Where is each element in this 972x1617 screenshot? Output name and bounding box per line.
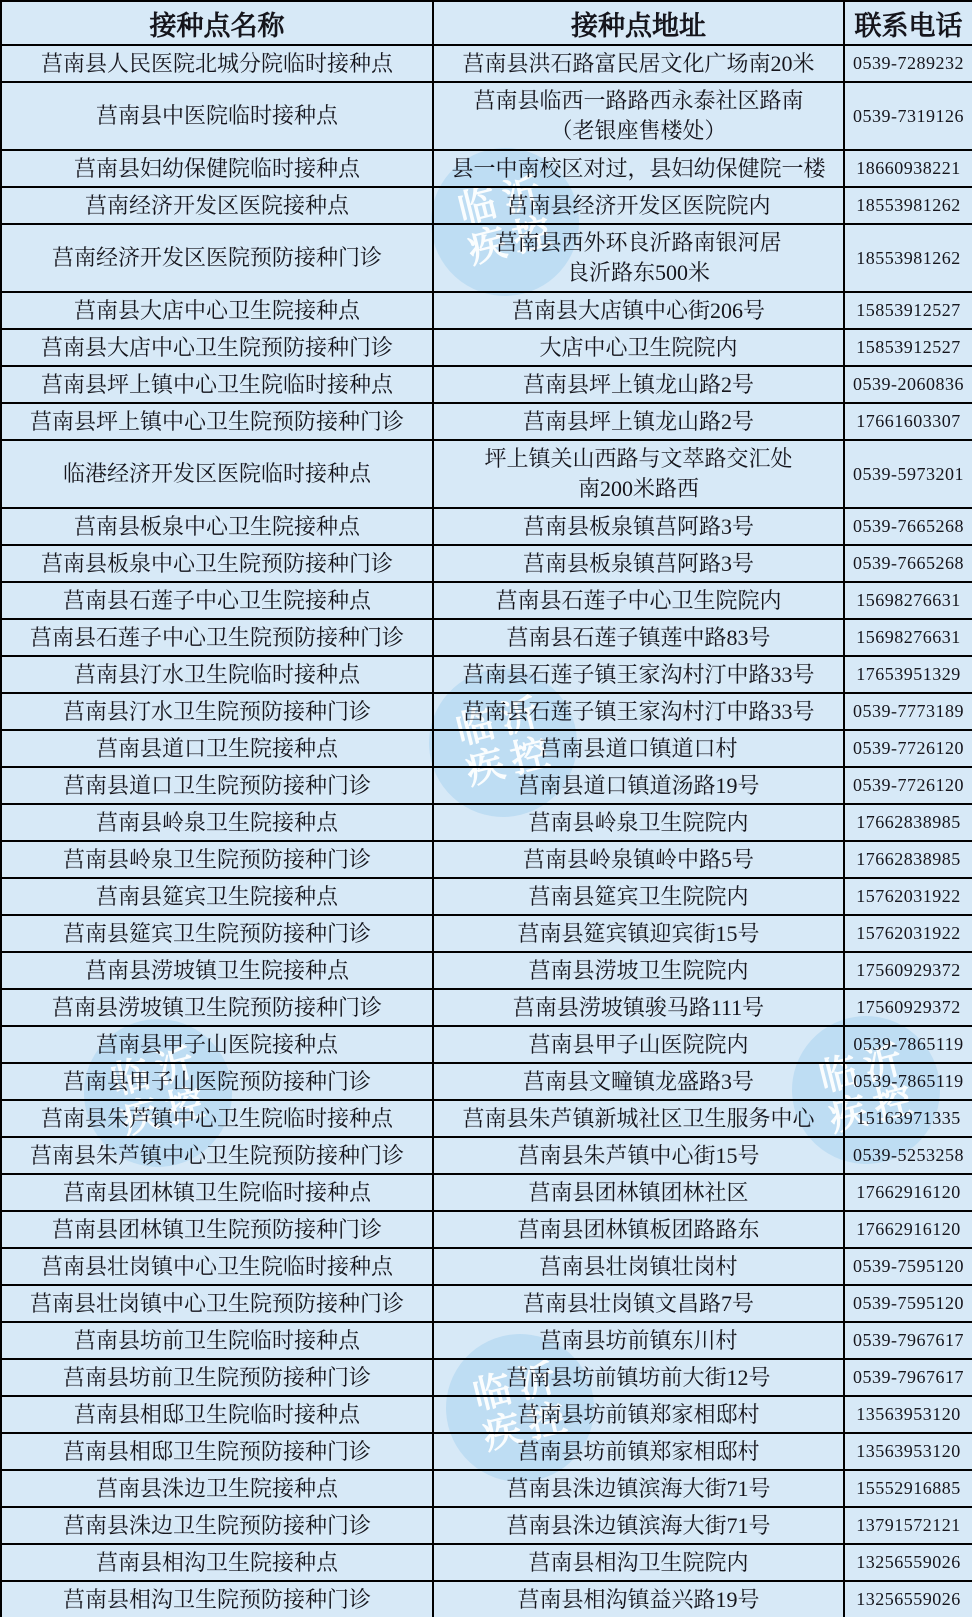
address-line: 良沂路东500米 [438,258,839,288]
site-address-cell: 莒南县板泉镇莒阿路3号 [433,508,844,545]
table-body: 莒南县人民医院北城分院临时接种点莒南县洪石路富民居文化广场南20米0539-72… [1,45,972,1617]
table-row: 莒南县坪上镇中心卫生院临时接种点莒南县坪上镇龙山路2号0539-2060836 [1,366,972,403]
site-address-cell: 莒南县甲子山医院院内 [433,1026,844,1063]
site-address-cell: 莒南县临西一路路西永泰社区路南（老银座售楼处） [433,82,844,150]
site-name-cell: 莒南经济开发区医院预防接种门诊 [1,224,433,292]
phone-cell: 15698276631 [844,582,972,619]
site-address-cell: 莒南县石莲子镇王家沟村汀中路33号 [433,656,844,693]
site-address-cell: 莒南县坪上镇龙山路2号 [433,403,844,440]
address-line: 莒南县筵宾镇迎宾街15号 [438,919,839,949]
address-line: 莒南县坪上镇龙山路2号 [438,407,839,437]
site-address-cell: 莒南县相沟镇益兴路19号 [433,1581,844,1617]
address-line: 莒南县朱芦镇新城社区卫生服务中心 [438,1104,839,1134]
site-name-cell: 莒南县涝坡镇卫生院接种点 [1,952,433,989]
address-line: 莒南县相沟镇益兴路19号 [438,1585,839,1615]
site-address-cell: 莒南县壮岗镇文昌路7号 [433,1285,844,1322]
address-line: 莒南县壮岗镇壮岗村 [438,1252,839,1282]
vaccination-sites-table: 接种点名称接种点地址联系电话 莒南县人民医院北城分院临时接种点莒南县洪石路富民居… [0,0,972,1617]
phone-cell: 15853912527 [844,329,972,366]
address-line: 县一中南校区对过，县妇幼保健院一楼 [438,154,839,184]
address-line: 莒南县坊前镇郑家相邸村 [438,1400,839,1430]
phone-cell: 0539-7967617 [844,1359,972,1396]
phone-cell: 0539-7726120 [844,730,972,767]
site-name-cell: 莒南县朱芦镇中心卫生院预防接种门诊 [1,1137,433,1174]
site-name-cell: 莒南县大店中心卫生院预防接种门诊 [1,329,433,366]
site-address-cell: 莒南县坊前镇东川村 [433,1322,844,1359]
site-name-cell: 莒南县壮岗镇中心卫生院临时接种点 [1,1248,433,1285]
site-address-cell: 莒南县朱芦镇中心街15号 [433,1137,844,1174]
phone-cell: 0539-7967617 [844,1322,972,1359]
column-header-address: 接种点地址 [433,1,844,45]
phone-cell: 13563953120 [844,1396,972,1433]
site-name-cell: 临港经济开发区医院临时接种点 [1,440,433,508]
site-address-cell: 莒南县坊前镇郑家相邸村 [433,1433,844,1470]
site-name-cell: 莒南县板泉中心卫生院接种点 [1,508,433,545]
site-name-cell: 莒南县甲子山医院接种点 [1,1026,433,1063]
site-name-cell: 莒南县坪上镇中心卫生院临时接种点 [1,366,433,403]
phone-cell: 15762031922 [844,915,972,952]
address-line: 莒南县朱芦镇中心街15号 [438,1141,839,1171]
column-header-phone: 联系电话 [844,1,972,45]
site-address-cell: 莒南县筵宾卫生院院内 [433,878,844,915]
phone-cell: 17662916120 [844,1174,972,1211]
phone-cell: 13256559026 [844,1581,972,1617]
site-address-cell: 莒南县壮岗镇壮岗村 [433,1248,844,1285]
site-address-cell: 莒南县文疃镇龙盛路3号 [433,1063,844,1100]
site-address-cell: 坪上镇关山西路与文萃路交汇处南200米路西 [433,440,844,508]
site-address-cell: 莒南县岭泉卫生院院内 [433,804,844,841]
phone-cell: 13256559026 [844,1544,972,1581]
table-row: 莒南县大店中心卫生院预防接种门诊大店中心卫生院院内15853912527 [1,329,972,366]
table-row: 莒南县壮岗镇中心卫生院临时接种点莒南县壮岗镇壮岗村0539-7595120 [1,1248,972,1285]
site-address-cell: 莒南县道口镇道口村 [433,730,844,767]
address-line: 莒南县道口镇道口村 [438,734,839,764]
address-line: 莒南县涝坡卫生院院内 [438,956,839,986]
phone-cell: 0539-2060836 [844,366,972,403]
header-row: 接种点名称接种点地址联系电话 [1,1,972,45]
phone-cell: 0539-5253258 [844,1137,972,1174]
phone-cell: 15163971335 [844,1100,972,1137]
site-name-cell: 莒南经济开发区医院接种点 [1,187,433,224]
site-address-cell: 莒南县石莲子镇莲中路83号 [433,619,844,656]
table-row: 莒南县甲子山医院接种点莒南县甲子山医院院内0539-7865119 [1,1026,972,1063]
address-line: 莒南县相沟卫生院院内 [438,1548,839,1578]
address-line: 莒南县板泉镇莒阿路3号 [438,549,839,579]
site-address-cell: 莒南县涝坡卫生院院内 [433,952,844,989]
site-name-cell: 莒南县坪上镇中心卫生院预防接种门诊 [1,403,433,440]
address-line: 莒南县石莲子中心卫生院院内 [438,586,839,616]
site-name-cell: 莒南县筵宾卫生院预防接种门诊 [1,915,433,952]
phone-cell: 18553981262 [844,187,972,224]
table-row: 莒南县坊前卫生院临时接种点莒南县坊前镇东川村0539-7967617 [1,1322,972,1359]
site-address-cell: 莒南县道口镇道汤路19号 [433,767,844,804]
site-name-cell: 莒南县中医院临时接种点 [1,82,433,150]
address-line: 莒南县甲子山医院院内 [438,1030,839,1060]
site-address-cell: 莒南县团林镇板团路路东 [433,1211,844,1248]
site-name-cell: 莒南县相沟卫生院预防接种门诊 [1,1581,433,1617]
address-line: 莒南县壮岗镇文昌路7号 [438,1289,839,1319]
site-address-cell: 莒南县筵宾镇迎宾街15号 [433,915,844,952]
site-name-cell: 莒南县道口卫生院预防接种门诊 [1,767,433,804]
site-name-cell: 莒南县汀水卫生院预防接种门诊 [1,693,433,730]
table-row: 莒南县团林镇卫生院临时接种点莒南县团林镇团林社区17662916120 [1,1174,972,1211]
site-name-cell: 莒南县板泉中心卫生院预防接种门诊 [1,545,433,582]
phone-cell: 15762031922 [844,878,972,915]
phone-cell: 17662916120 [844,1211,972,1248]
table-row: 莒南县相沟卫生院接种点莒南县相沟卫生院院内13256559026 [1,1544,972,1581]
phone-cell: 0539-7773189 [844,693,972,730]
address-line: 莒南县坊前镇坊前大街12号 [438,1363,839,1393]
address-line: （老银座售楼处） [438,116,839,146]
address-line: 莒南县洙边镇滨海大街71号 [438,1474,839,1504]
table-row: 莒南县朱芦镇中心卫生院临时接种点莒南县朱芦镇新城社区卫生服务中心15163971… [1,1100,972,1137]
phone-cell: 15698276631 [844,619,972,656]
address-line: 莒南县坊前镇东川村 [438,1326,839,1356]
table-row: 莒南县中医院临时接种点莒南县临西一路路西永泰社区路南（老银座售楼处）0539-7… [1,82,972,150]
table-row: 莒南经济开发区医院预防接种门诊莒南县西外环良沂路南银河居良沂路东500米1855… [1,224,972,292]
site-name-cell: 莒南县石莲子中心卫生院预防接种门诊 [1,619,433,656]
site-name-cell: 莒南县道口卫生院接种点 [1,730,433,767]
phone-cell: 0539-5973201 [844,440,972,508]
phone-cell: 13563953120 [844,1433,972,1470]
site-name-cell: 莒南县相邸卫生院临时接种点 [1,1396,433,1433]
table-row: 莒南县相邸卫生院临时接种点莒南县坊前镇郑家相邸村13563953120 [1,1396,972,1433]
site-address-cell: 莒南县洙边镇滨海大街71号 [433,1470,844,1507]
phone-cell: 0539-7595120 [844,1285,972,1322]
table-row: 莒南县人民医院北城分院临时接种点莒南县洪石路富民居文化广场南20米0539-72… [1,45,972,82]
phone-cell: 0539-7289232 [844,45,972,82]
site-name-cell: 莒南县洙边卫生院接种点 [1,1470,433,1507]
site-address-cell: 莒南县坊前镇坊前大街12号 [433,1359,844,1396]
site-address-cell: 莒南县板泉镇莒阿路3号 [433,545,844,582]
phone-cell: 15552916885 [844,1470,972,1507]
site-name-cell: 莒南县大店中心卫生院接种点 [1,292,433,329]
table-row: 莒南县洙边卫生院接种点莒南县洙边镇滨海大街71号15552916885 [1,1470,972,1507]
site-address-cell: 莒南县大店镇中心街206号 [433,292,844,329]
site-name-cell: 莒南县相邸卫生院预防接种门诊 [1,1433,433,1470]
phone-cell: 0539-7319126 [844,82,972,150]
table-row: 莒南县妇幼保健院临时接种点县一中南校区对过，县妇幼保健院一楼1866093822… [1,150,972,187]
site-name-cell: 莒南县壮岗镇中心卫生院预防接种门诊 [1,1285,433,1322]
site-address-cell: 莒南县洪石路富民居文化广场南20米 [433,45,844,82]
table-row: 莒南县相沟卫生院预防接种门诊莒南县相沟镇益兴路19号13256559026 [1,1581,972,1617]
table-row: 莒南县壮岗镇中心卫生院预防接种门诊莒南县壮岗镇文昌路7号0539-7595120 [1,1285,972,1322]
phone-cell: 17560929372 [844,952,972,989]
site-name-cell: 莒南县岭泉卫生院预防接种门诊 [1,841,433,878]
phone-cell: 17653951329 [844,656,972,693]
site-name-cell: 莒南县朱芦镇中心卫生院临时接种点 [1,1100,433,1137]
address-line: 莒南县洙边镇滨海大街71号 [438,1511,839,1541]
table-row: 莒南县朱芦镇中心卫生院预防接种门诊莒南县朱芦镇中心街15号0539-525325… [1,1137,972,1174]
table-row: 莒南县团林镇卫生院预防接种门诊莒南县团林镇板团路路东17662916120 [1,1211,972,1248]
phone-cell: 17662838985 [844,804,972,841]
table-row: 莒南县石莲子中心卫生院预防接种门诊莒南县石莲子镇莲中路83号1569827663… [1,619,972,656]
address-line: 莒南县石莲子镇王家沟村汀中路33号 [438,697,839,727]
site-name-cell: 莒南县坊前卫生院预防接种门诊 [1,1359,433,1396]
address-line: 莒南县道口镇道汤路19号 [438,771,839,801]
table-row: 莒南县岭泉卫生院接种点莒南县岭泉卫生院院内17662838985 [1,804,972,841]
site-address-cell: 莒南县石莲子中心卫生院院内 [433,582,844,619]
address-line: 大店中心卫生院院内 [438,333,839,363]
table-row: 莒南县汀水卫生院临时接种点莒南县石莲子镇王家沟村汀中路33号1765395132… [1,656,972,693]
address-line: 莒南县筵宾卫生院院内 [438,882,839,912]
address-line: 莒南县坪上镇龙山路2号 [438,370,839,400]
address-line: 莒南县大店镇中心街206号 [438,296,839,326]
site-name-cell: 莒南县涝坡镇卫生院预防接种门诊 [1,989,433,1026]
site-address-cell: 莒南县坊前镇郑家相邸村 [433,1396,844,1433]
address-line: 莒南县石莲子镇王家沟村汀中路33号 [438,660,839,690]
site-name-cell: 莒南县相沟卫生院接种点 [1,1544,433,1581]
site-address-cell: 莒南县西外环良沂路南银河居良沂路东500米 [433,224,844,292]
address-line: 莒南县团林镇团林社区 [438,1178,839,1208]
table-row: 莒南县涝坡镇卫生院接种点莒南县涝坡卫生院院内17560929372 [1,952,972,989]
site-address-cell: 莒南县经济开发区医院院内 [433,187,844,224]
site-address-cell: 莒南县涝坡镇骏马路111号 [433,989,844,1026]
site-address-cell: 莒南县朱芦镇新城社区卫生服务中心 [433,1100,844,1137]
phone-cell: 0539-7865119 [844,1026,972,1063]
phone-cell: 0539-7595120 [844,1248,972,1285]
site-name-cell: 莒南县妇幼保健院临时接种点 [1,150,433,187]
address-line: 莒南县岭泉镇岭中路5号 [438,845,839,875]
address-line: 莒南县岭泉卫生院院内 [438,808,839,838]
table-row: 莒南县甲子山医院预防接种门诊莒南县文疃镇龙盛路3号0539-7865119 [1,1063,972,1100]
table-row: 莒南县坪上镇中心卫生院预防接种门诊莒南县坪上镇龙山路2号17661603307 [1,403,972,440]
phone-cell: 17661603307 [844,403,972,440]
table-row: 莒南县相邸卫生院预防接种门诊莒南县坊前镇郑家相邸村13563953120 [1,1433,972,1470]
table-row: 莒南县岭泉卫生院预防接种门诊莒南县岭泉镇岭中路5号17662838985 [1,841,972,878]
address-line: 莒南县经济开发区医院院内 [438,191,839,221]
table-row: 莒南县汀水卫生院预防接种门诊莒南县石莲子镇王家沟村汀中路33号0539-7773… [1,693,972,730]
phone-cell: 15853912527 [844,292,972,329]
address-line: 坪上镇关山西路与文萃路交汇处 [438,444,839,474]
site-address-cell: 莒南县岭泉镇岭中路5号 [433,841,844,878]
address-line: 南200米路西 [438,474,839,504]
site-name-cell: 莒南县岭泉卫生院接种点 [1,804,433,841]
address-line: 莒南县板泉镇莒阿路3号 [438,512,839,542]
phone-cell: 17560929372 [844,989,972,1026]
address-line: 莒南县团林镇板团路路东 [438,1215,839,1245]
address-line: 莒南县临西一路路西永泰社区路南 [438,86,839,116]
table-row: 莒南县板泉中心卫生院接种点莒南县板泉镇莒阿路3号0539-7665268 [1,508,972,545]
site-name-cell: 莒南县人民医院北城分院临时接种点 [1,45,433,82]
address-line: 莒南县西外环良沂路南银河居 [438,228,839,258]
table-row: 莒南经济开发区医院接种点莒南县经济开发区医院院内18553981262 [1,187,972,224]
phone-cell: 0539-7665268 [844,545,972,582]
phone-cell: 0539-7726120 [844,767,972,804]
site-name-cell: 莒南县坊前卫生院临时接种点 [1,1322,433,1359]
phone-cell: 18660938221 [844,150,972,187]
table-row: 莒南县坊前卫生院预防接种门诊莒南县坊前镇坊前大街12号0539-7967617 [1,1359,972,1396]
address-line: 莒南县洪石路富民居文化广场南20米 [438,49,839,79]
column-header-name: 接种点名称 [1,1,433,45]
table-row: 莒南县洙边卫生院预防接种门诊莒南县洙边镇滨海大街71号13791572121 [1,1507,972,1544]
address-line: 莒南县石莲子镇莲中路83号 [438,623,839,653]
address-line: 莒南县文疃镇龙盛路3号 [438,1067,839,1097]
site-address-cell: 莒南县团林镇团林社区 [433,1174,844,1211]
site-name-cell: 莒南县筵宾卫生院接种点 [1,878,433,915]
table-row: 莒南县道口卫生院接种点莒南县道口镇道口村0539-7726120 [1,730,972,767]
site-address-cell: 莒南县坪上镇龙山路2号 [433,366,844,403]
table-row: 莒南县板泉中心卫生院预防接种门诊莒南县板泉镇莒阿路3号0539-7665268 [1,545,972,582]
table-row: 莒南县涝坡镇卫生院预防接种门诊莒南县涝坡镇骏马路111号17560929372 [1,989,972,1026]
table-row: 莒南县石莲子中心卫生院接种点莒南县石莲子中心卫生院院内15698276631 [1,582,972,619]
address-line: 莒南县涝坡镇骏马路111号 [438,993,839,1023]
site-name-cell: 莒南县汀水卫生院临时接种点 [1,656,433,693]
table-row: 莒南县筵宾卫生院预防接种门诊莒南县筵宾镇迎宾街15号15762031922 [1,915,972,952]
site-name-cell: 莒南县甲子山医院预防接种门诊 [1,1063,433,1100]
phone-cell: 0539-7865119 [844,1063,972,1100]
site-name-cell: 莒南县团林镇卫生院预防接种门诊 [1,1211,433,1248]
phone-cell: 18553981262 [844,224,972,292]
site-address-cell: 莒南县洙边镇滨海大街71号 [433,1507,844,1544]
address-line: 莒南县坊前镇郑家相邸村 [438,1437,839,1467]
site-name-cell: 莒南县洙边卫生院预防接种门诊 [1,1507,433,1544]
phone-cell: 0539-7665268 [844,508,972,545]
site-name-cell: 莒南县石莲子中心卫生院接种点 [1,582,433,619]
site-address-cell: 县一中南校区对过，县妇幼保健院一楼 [433,150,844,187]
table-row: 莒南县大店中心卫生院接种点莒南县大店镇中心街206号15853912527 [1,292,972,329]
phone-cell: 17662838985 [844,841,972,878]
site-address-cell: 莒南县相沟卫生院院内 [433,1544,844,1581]
table-row: 莒南县道口卫生院预防接种门诊莒南县道口镇道汤路19号0539-7726120 [1,767,972,804]
phone-cell: 13791572121 [844,1507,972,1544]
table-row: 临港经济开发区医院临时接种点坪上镇关山西路与文萃路交汇处南200米路西0539-… [1,440,972,508]
site-name-cell: 莒南县团林镇卫生院临时接种点 [1,1174,433,1211]
site-address-cell: 莒南县石莲子镇王家沟村汀中路33号 [433,693,844,730]
site-address-cell: 大店中心卫生院院内 [433,329,844,366]
table-row: 莒南县筵宾卫生院接种点莒南县筵宾卫生院院内15762031922 [1,878,972,915]
